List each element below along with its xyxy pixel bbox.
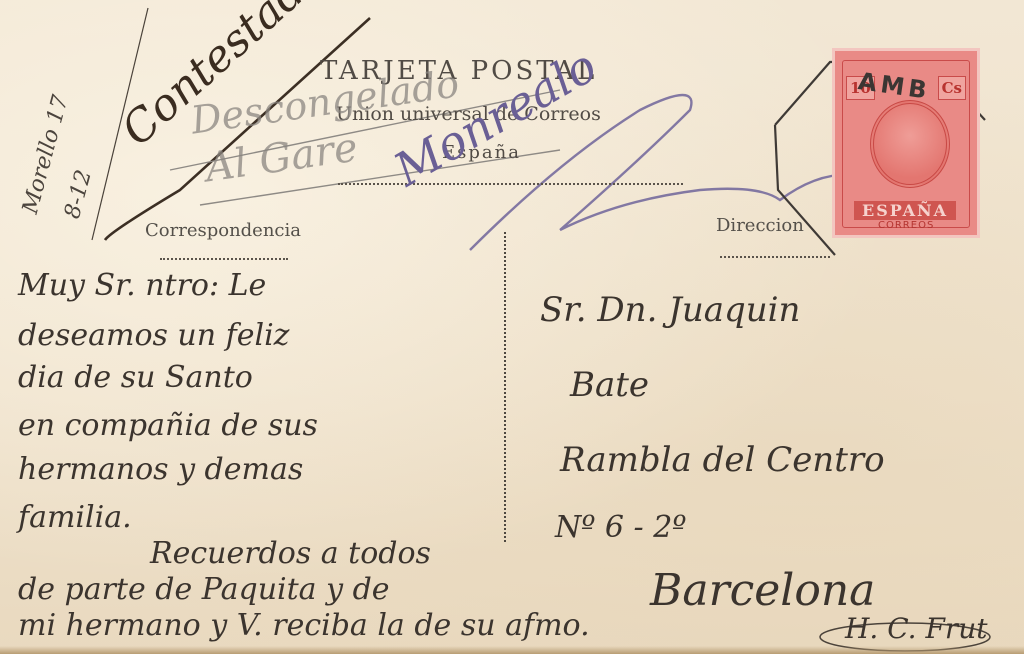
header-rule: [338, 183, 683, 185]
postcard-back: TARJETA POSTAL Union universal de Correo…: [0, 0, 1024, 654]
message-line: de parte de Paquita y de: [18, 572, 390, 607]
correspondence-rule: [160, 258, 288, 260]
message-line: deseamos un feliz: [18, 318, 289, 353]
address-line: Sr. Dn. Juaquin: [540, 290, 800, 330]
message-line: Muy Sr. ntro: Le: [18, 268, 266, 303]
address-line: Bate: [570, 365, 649, 405]
center-divider: [504, 232, 506, 542]
message-line: Recuerdos a todos: [150, 536, 431, 571]
address-line: Barcelona: [650, 565, 875, 616]
address-rule: [720, 256, 830, 258]
message-line: familia.: [18, 500, 132, 535]
message-line: en compañia de sus: [18, 408, 318, 443]
stamp-country: ESPAÑA: [854, 201, 956, 220]
stamp-service: CORREOS: [878, 220, 934, 231]
address-label: Direccion: [716, 215, 804, 236]
message-line: hermanos y demas: [18, 452, 303, 487]
king-portrait-icon: [870, 100, 950, 188]
correspondence-label: Correspondencia: [145, 220, 301, 241]
signature: H. C. Frut: [845, 612, 988, 645]
address-line: Rambla del Centro: [560, 440, 885, 480]
address-line: Nº 6 - 2º: [555, 510, 686, 545]
message-line: mi hermano y V. reciba la de su afmo.: [18, 608, 590, 643]
stamp-value-right: Cs: [938, 76, 966, 100]
side-note-line2: 8-12: [60, 167, 97, 221]
message-line: dia de su Santo: [18, 360, 253, 395]
